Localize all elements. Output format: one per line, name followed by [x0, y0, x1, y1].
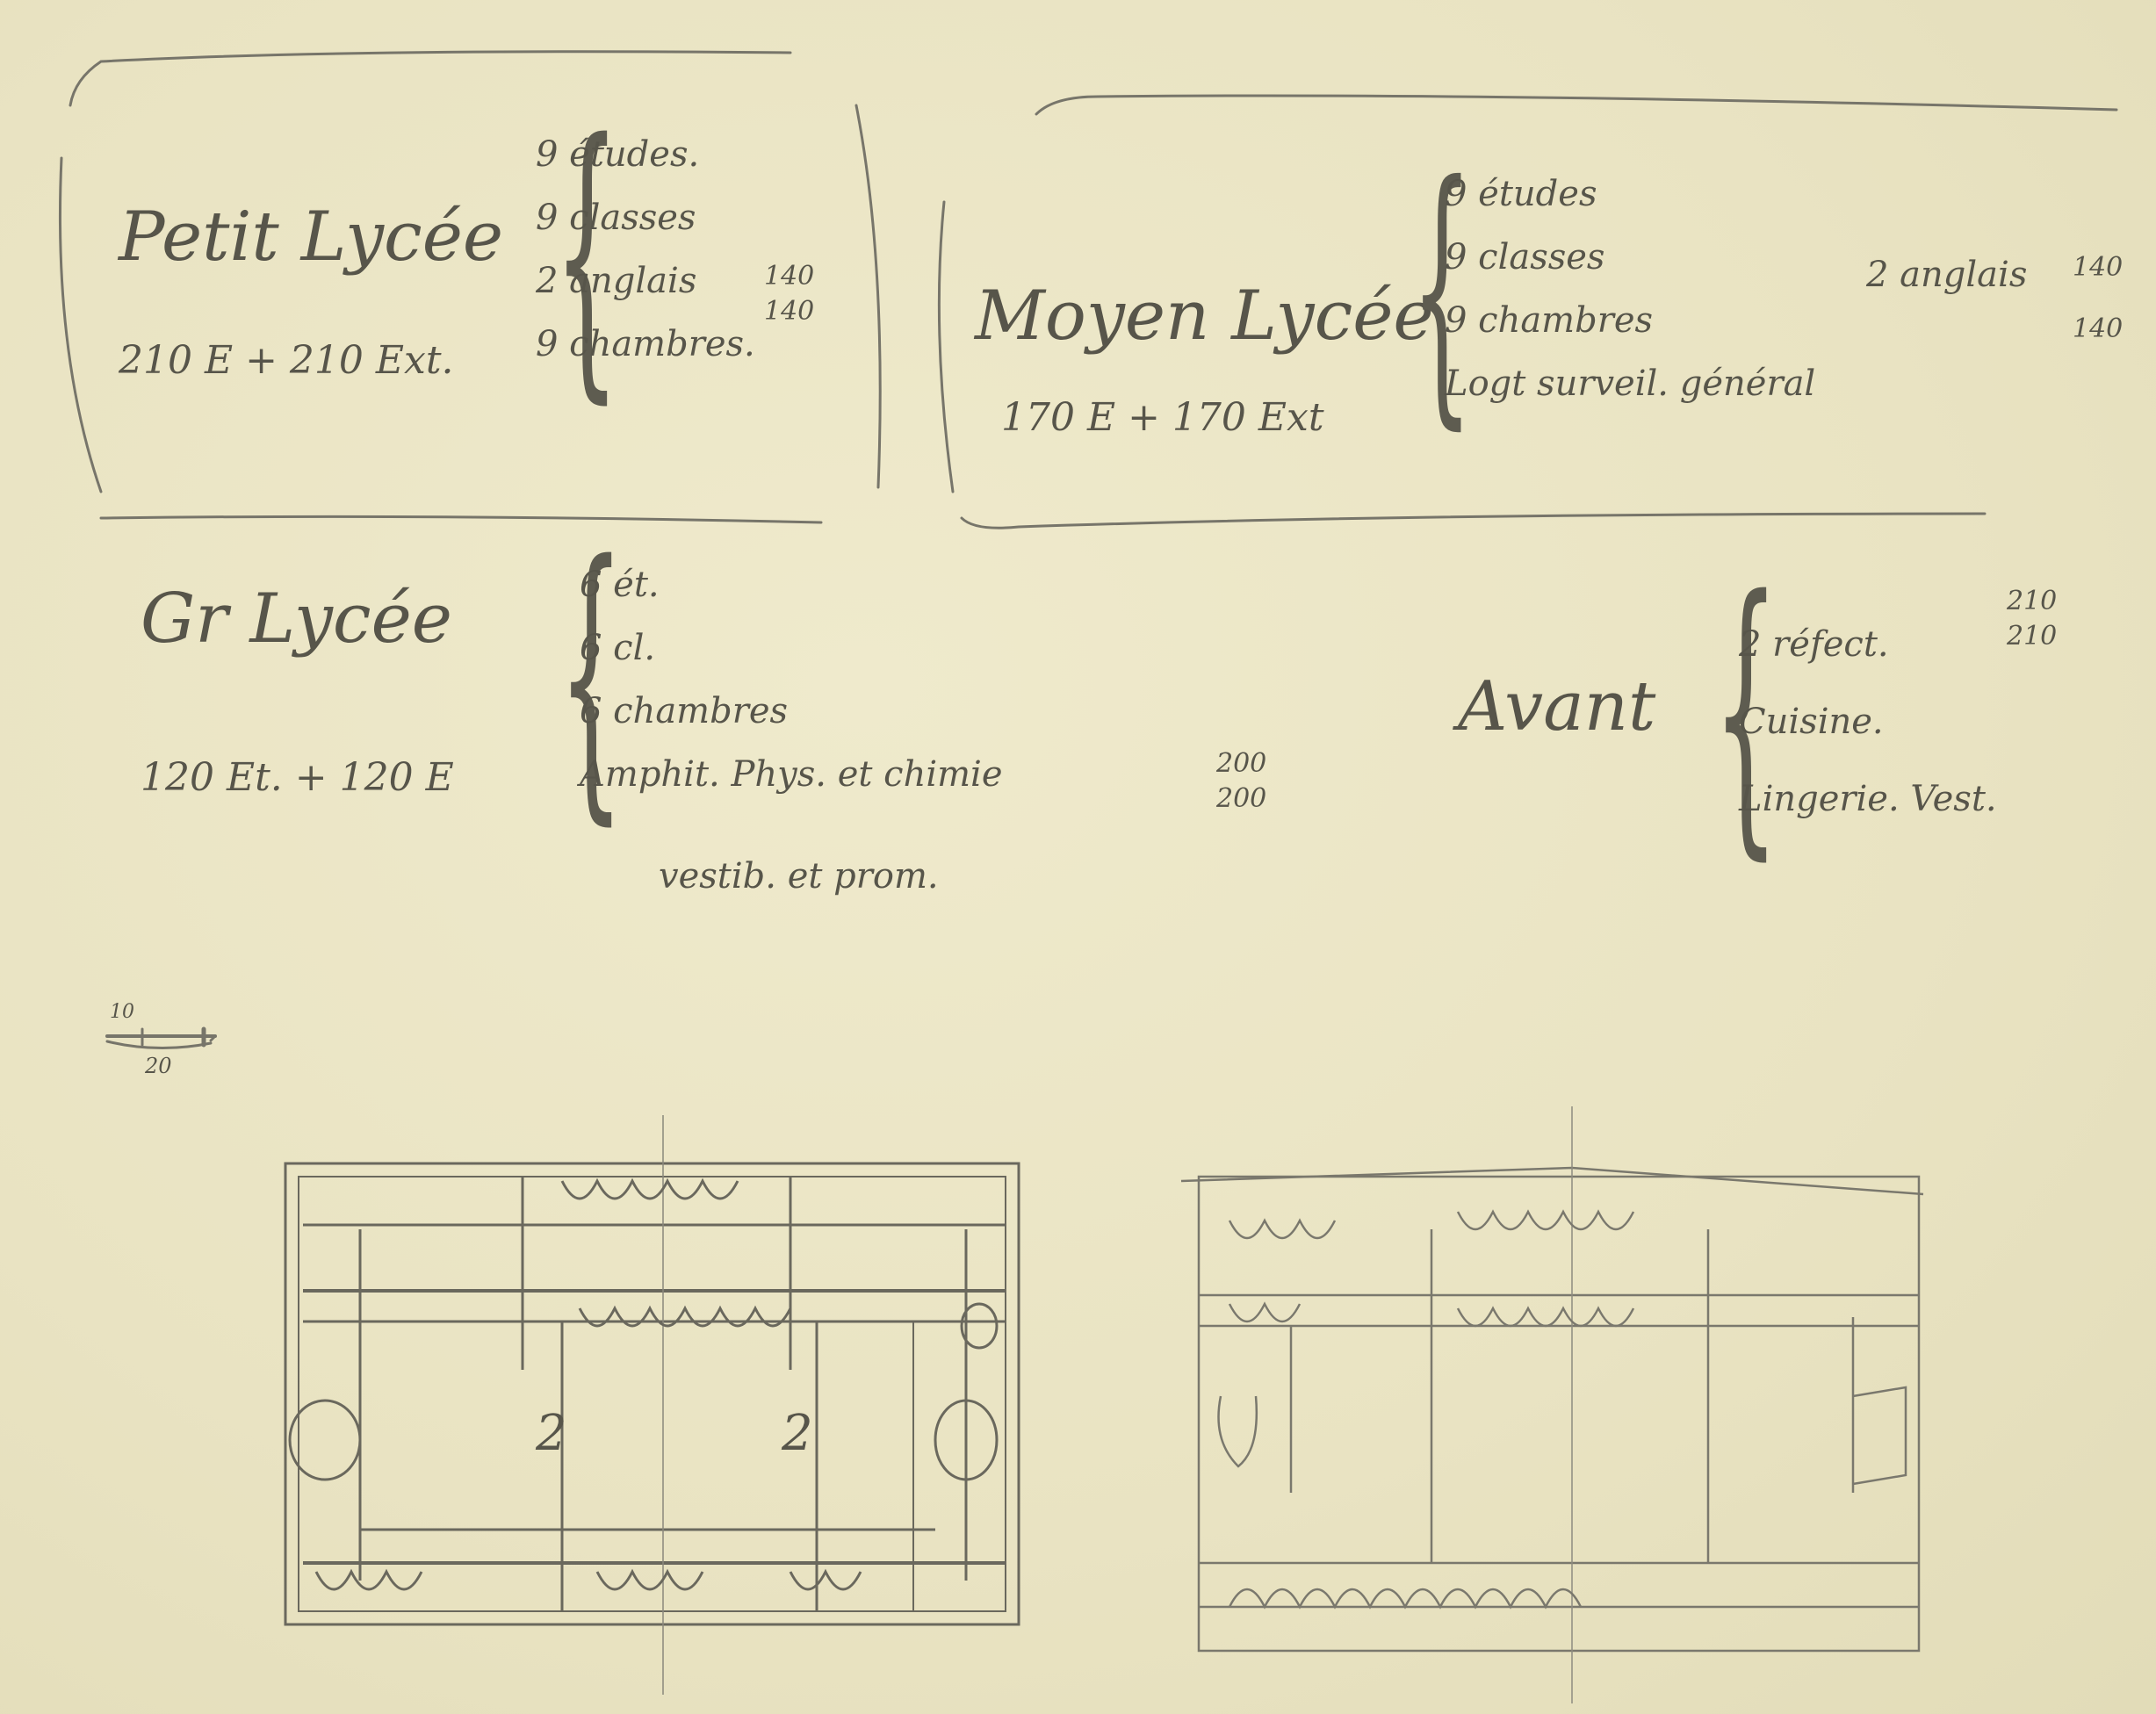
list-item: 9 chambres [1445, 289, 1815, 352]
list-item: Lingerie. Vest. [1739, 760, 1997, 838]
number: 200 [1216, 781, 1266, 817]
number: 210 [2007, 619, 2057, 654]
petit-lycee-items: 9 études. 9 classes 2 anglais 9 chambres… [536, 123, 755, 376]
list-item: 6 cl. [580, 616, 1003, 680]
list-item: 9 études [1445, 162, 1815, 226]
list-item: 6 chambres [580, 680, 1003, 743]
list-item: 2 anglais [536, 249, 755, 313]
moyen-lycee-numbers: 140 140 [2073, 237, 2123, 360]
number: 210 [2007, 584, 2057, 619]
scale-label-top: 10 [110, 1001, 134, 1023]
grand-lycee-items: 6 ét. 6 cl. 6 chambres Amphit. Phys. et … [580, 553, 1003, 806]
avant-items: 2 réfect. Cuisine. Lingerie. Vest. [1739, 606, 1997, 838]
avant-title: Avant [1458, 667, 1655, 746]
grand-lycee-title: Gr Lycée [141, 580, 452, 659]
list-item: Logt surveil. général [1445, 352, 1815, 415]
moyen-lycee-count: 170 E + 170 Ext [1001, 395, 1324, 440]
petit-lycee-numbers: 140 140 [764, 259, 814, 329]
list-item: Amphit. Phys. et chimie [580, 743, 1003, 806]
scale-label-bottom: 20 [145, 1054, 172, 1078]
number: 140 [2073, 237, 2123, 299]
grand-lycee-count: 120 Et. + 120 E [141, 755, 454, 800]
petit-lycee-title: Petit Lycée [119, 198, 503, 277]
petit-lycee-count: 210 E + 210 Ext. [119, 338, 454, 383]
list-item: Cuisine. [1739, 683, 1997, 760]
left-plan [285, 1115, 1019, 1695]
moyen-lycee-side-label: 2 anglais [1866, 255, 2027, 295]
list-item: 9 classes [1445, 226, 1815, 289]
right-plan [1181, 1106, 1923, 1703]
avant-numbers: 210 210 [2007, 584, 2057, 654]
moyen-lycee-items: 9 études 9 classes 9 chambres Logt surve… [1445, 162, 1815, 415]
list-item: 9 classes [536, 186, 755, 249]
list-item: 9 études. [536, 123, 755, 186]
moyen-lycee-title: Moyen Lycée [975, 277, 1434, 356]
manuscript-page: Petit Lycée 210 E + 210 Ext. { 9 études.… [0, 0, 2156, 1714]
number: 140 [764, 259, 814, 294]
number: 200 [1216, 746, 1266, 781]
plan-room-label: 2 [782, 1405, 813, 1462]
grand-lycee-numbers: 200 200 [1216, 746, 1266, 817]
number: 140 [764, 294, 814, 329]
number: 140 [2073, 299, 2123, 360]
plan-room-label: 2 [536, 1405, 567, 1462]
grand-lycee-extra: vestib. et prom. [659, 856, 939, 897]
list-item: 2 réfect. [1739, 606, 1997, 683]
list-item: 9 chambres. [536, 313, 755, 376]
list-item: 6 ét. [580, 553, 1003, 616]
